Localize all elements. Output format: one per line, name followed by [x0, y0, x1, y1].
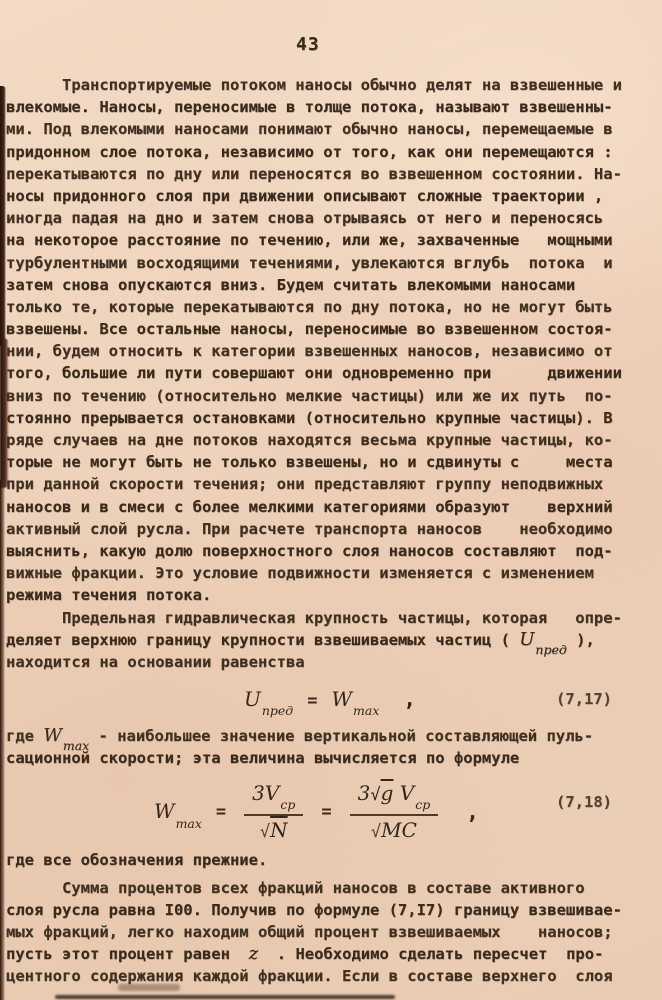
text-line: носы придонного слоя при движении описыв… — [6, 185, 656, 207]
text-line: вниз по течению (относительно мелкие час… — [6, 385, 656, 407]
text-line: при данной скорости течения; они предста… — [6, 473, 656, 495]
fraction-2: 3√g Vср √МС — [350, 781, 439, 844]
text-segment: пусть этот процент равен — [6, 945, 249, 963]
text-line: стоянно прерывается остановками (относит… — [6, 407, 656, 429]
text-line: вижные фракции. Это условие подвижности … — [6, 562, 656, 584]
equals-sign: = — [321, 802, 331, 822]
text-segment: деляет верхнюю границу крупности взвешив… — [6, 631, 519, 649]
text-line: ми. Под влекомыми наносами понимают обыч… — [6, 118, 656, 140]
text-segment: ), — [567, 631, 595, 649]
text-line: на некоторое расстояние по течению, или … — [6, 229, 656, 251]
page-body: Транспортируемые потоком наносы обычно д… — [6, 74, 656, 988]
formula-body: Wmax = 3Vср √N = 3√g Vср √МС , — [154, 779, 656, 845]
equals-sign: = — [216, 802, 226, 822]
text-line: влекомые. Наносы, переносимые в толще по… — [6, 96, 656, 118]
scan-edge-artifact — [55, 995, 395, 999]
paragraph-transport-intro: Транспортируемые потоком наносы обычно д… — [6, 74, 656, 607]
formula-7-18: Wmax = 3Vср √N = 3√g Vср √МС , (7,18) — [6, 779, 656, 845]
text-line: сационной скорости; эта величина вычисля… — [6, 747, 656, 769]
text-line: иногда падая на дно и затем снова отрыва… — [6, 207, 656, 229]
equation-number: (7,18) — [556, 793, 612, 811]
w-max-symbol: W — [331, 687, 352, 711]
scanned-page: 43 Транспортируемые потоком наносы обычн… — [0, 0, 662, 1000]
u-pred-symbol: U — [244, 687, 261, 711]
text-line: придонном слое потока, независимо от тог… — [6, 141, 656, 163]
paragraph-limit-size: Предельная гидравлическая крупность част… — [6, 607, 656, 674]
text-line: турбулентными восходящими течениями, увл… — [6, 252, 656, 274]
text-line: Транспортируемые потоком наносы обычно д… — [6, 74, 656, 96]
text-line: затем снова опускаются вниз. Будем счита… — [6, 274, 656, 296]
paragraph-sum-percent: Сумма процентов всех фракций наносов в с… — [6, 877, 656, 988]
equals-sign: = — [307, 691, 317, 711]
w-max-symbol: Wmax — [154, 799, 202, 825]
scan-edge-artifact — [0, 480, 5, 1000]
text-line: режима течения потока. — [6, 584, 656, 606]
formula-body: Uпред=Wmax, — [244, 691, 416, 710]
equation-number: (7,17) — [556, 679, 612, 719]
text-segment: - наибольшее значение вертикальной соста… — [89, 727, 593, 745]
z-percent-symbol: z — [249, 943, 258, 964]
text-line: где Wmax - наибольшее значение вертикаль… — [6, 725, 656, 747]
radical-sign: √ — [260, 822, 270, 842]
text-line: находится на основании равенства — [6, 651, 656, 673]
text-line: активный слой русла. При расчете транспо… — [6, 518, 656, 540]
text-segment: . Необходимо сделать пересчет про- — [258, 945, 603, 963]
formula-7-17: Uпред=Wmax, (7,17) — [6, 679, 656, 721]
text-line: выяснить, какую долю поверхностного слоя… — [6, 540, 656, 562]
paragraph-where-wmax: где Wmax - наибольшее значение вертикаль… — [6, 725, 656, 769]
numerator: 3√g Vср — [350, 781, 439, 816]
text-line: центного содержания каждой фракции. Если… — [6, 965, 656, 987]
text-line: деляет верхнюю границу крупности взвешив… — [6, 629, 656, 651]
radical-sign: √ — [371, 822, 381, 842]
text-line: где все обозначения прежние. — [6, 849, 656, 871]
radical-sign: √ — [370, 785, 380, 805]
text-line: мых фракций, легко находим общий процент… — [6, 921, 656, 943]
denominator: √МС — [350, 816, 439, 844]
text-line: пусть этот процент равен z . Необходимо … — [6, 943, 656, 965]
w-max-symbol: Wmax — [43, 727, 89, 745]
text-line: перекатываются по дну или переносятся во… — [6, 163, 656, 185]
text-line: слоя русла равна I00. Получив по формуле… — [6, 899, 656, 921]
u-pred-symbol: Uпред — [519, 631, 567, 649]
text-segment: где — [6, 727, 43, 745]
fraction-1: 3Vср √N — [244, 781, 303, 844]
text-line: нии, будем относить к категории взвешенн… — [6, 340, 656, 362]
text-line: наносов и в смеси с более мелкими катего… — [6, 496, 656, 518]
text-line: того, большие ли пути совершают они одно… — [6, 362, 656, 384]
text-line: торые не могут быть не только взвешены, … — [6, 451, 656, 473]
page-number: 43 — [0, 34, 662, 55]
text-line: ряде случаев на дне потоков находятся ве… — [6, 429, 656, 451]
text-line: Предельная гидравлическая крупность част… — [6, 607, 656, 629]
denominator: √N — [244, 816, 303, 844]
text-line: взвешены. Все остальные наносы, переноси… — [6, 318, 656, 340]
numerator: 3Vср — [244, 781, 303, 816]
text-line: Сумма процентов всех фракций наносов в с… — [6, 877, 656, 899]
text-line: только те, которые перекатываются по дну… — [6, 296, 656, 318]
